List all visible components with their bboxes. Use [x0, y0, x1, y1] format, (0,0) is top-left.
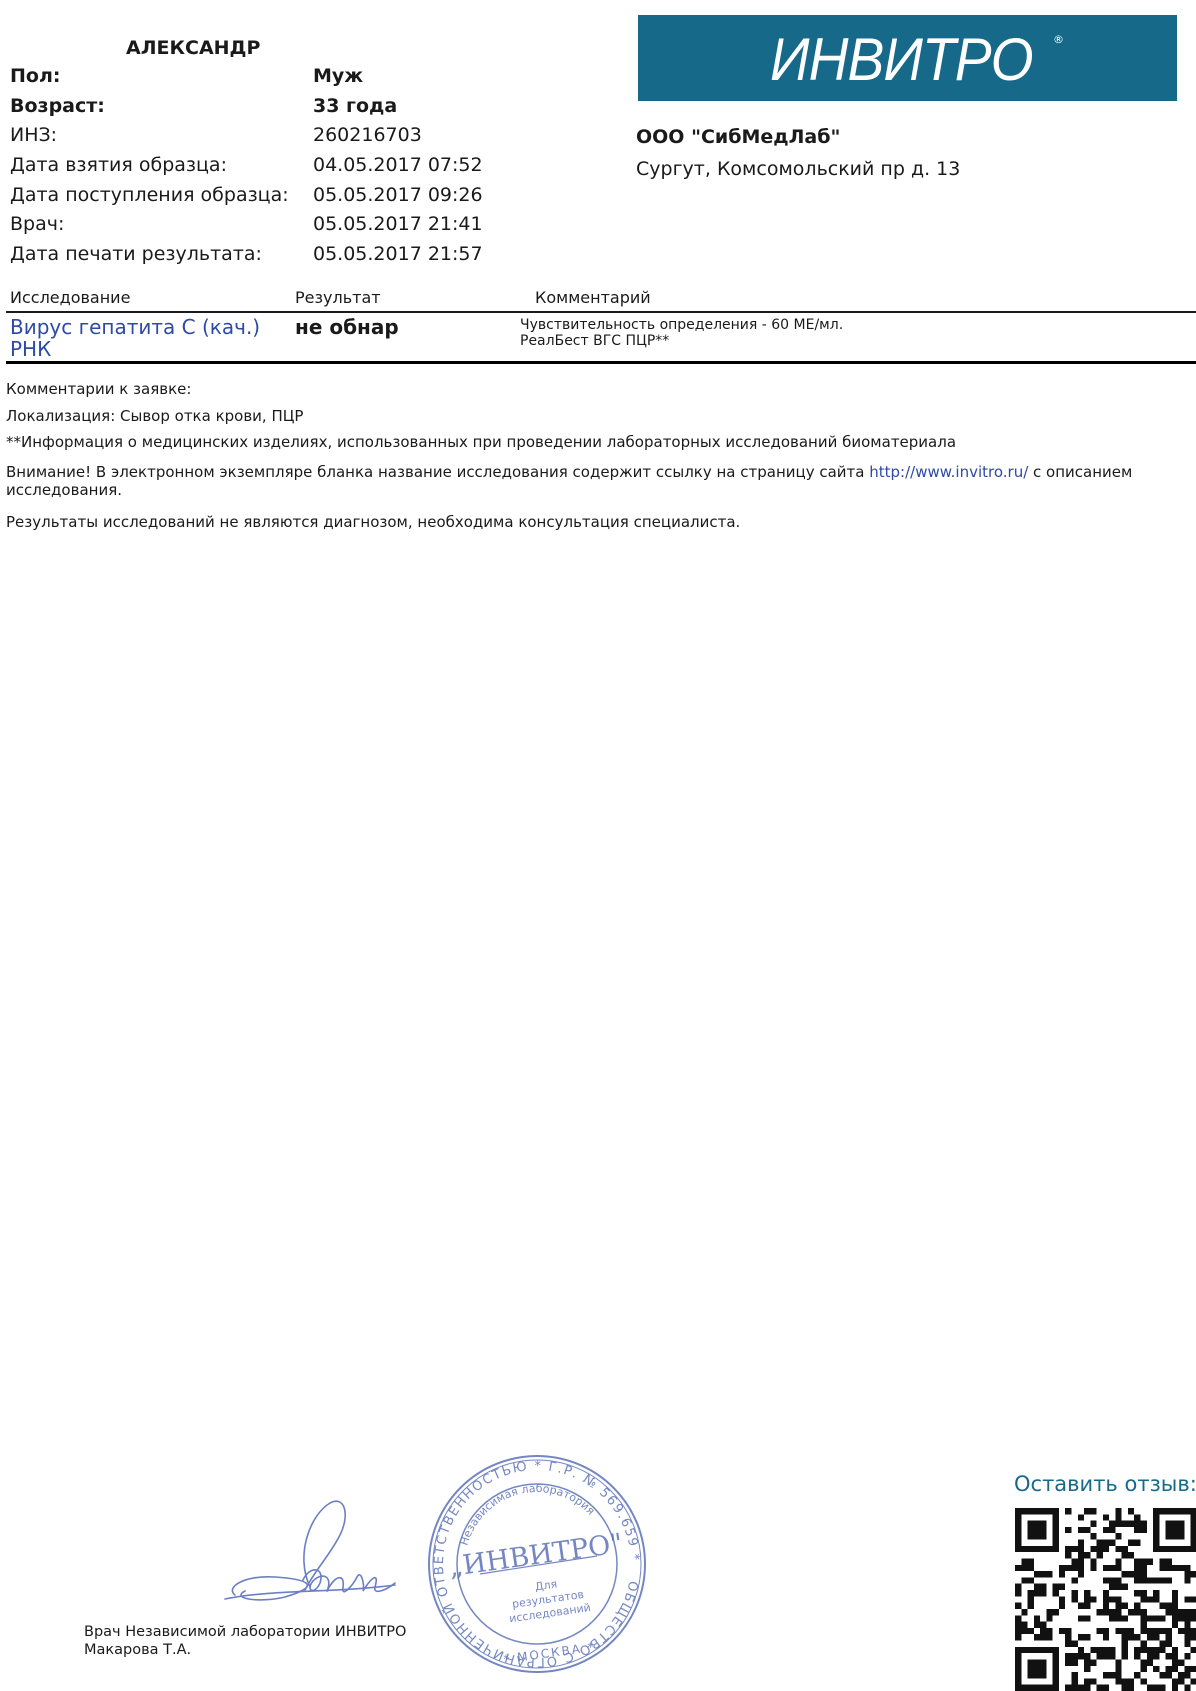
info-label: Дата печати результата:	[10, 243, 262, 265]
info-value: 05.05.2017 21:41	[313, 213, 483, 235]
test-result: не обнар	[295, 315, 399, 339]
header-result: Результат	[295, 288, 381, 307]
test-link[interactable]: Вирус гепатита С (кач.) РНК	[10, 316, 290, 360]
registered-mark-icon: ®	[1053, 33, 1064, 46]
disclaimer-note: Результаты исследований не являются диаг…	[6, 513, 1176, 531]
header-test: Исследование	[10, 288, 130, 307]
info-value: 260216703	[313, 124, 422, 146]
table-bottom-divider	[6, 361, 1196, 364]
patient-name: АЛЕКСАНДР	[126, 37, 260, 59]
attention-note: Внимание! В электронном экземпляре бланк…	[6, 463, 1176, 499]
localization-note: Локализация: Сывор отка крови, ПЦР	[6, 407, 1176, 425]
feedback-label: Оставить отзыв:	[1014, 1472, 1196, 1496]
doctor-name: Макарова Т.А.	[84, 1641, 406, 1659]
info-value: 04.05.2017 07:52	[313, 154, 483, 176]
info-label: Дата взятия образца:	[10, 154, 227, 176]
info-label: Возраст:	[10, 95, 105, 117]
order-comments: Комментарии к заявке:	[6, 380, 1176, 398]
info-label: Врач:	[10, 213, 64, 235]
comment-line: РеалБест ВГС ПЦР**	[520, 333, 1120, 349]
lab-stamp: ОБЩЕСТВО С ОГРАНИЧЕННОЙ ОТВЕТСТВЕННОСТЬЮ…	[425, 1452, 649, 1676]
attention-text: Внимание! В электронном экземпляре бланк…	[6, 463, 869, 481]
org-name: ООО "СибМедЛаб"	[636, 126, 840, 148]
feedback-qr-code-icon[interactable]	[1015, 1508, 1196, 1691]
info-value: Муж	[313, 65, 363, 87]
devices-info-note: **Информация о медицинских изделиях, исп…	[6, 433, 1176, 451]
header-comment: Комментарий	[535, 288, 651, 307]
logo-text: ИНВИТРО	[770, 25, 1033, 94]
doctor-signature	[215, 1495, 455, 1605]
doctor-signature-block: Врач Независимой лаборатории ИНВИТРО Мак…	[84, 1623, 406, 1659]
info-value: 33 года	[313, 95, 397, 117]
org-address: Сургут, Комсомольский пр д. 13	[636, 158, 960, 180]
invitro-logo: ИНВИТРО ®	[638, 15, 1177, 101]
info-value: 05.05.2017 21:57	[313, 243, 483, 265]
info-label: ИНЗ:	[10, 124, 57, 146]
invitro-site-link[interactable]: http://www.invitro.ru/	[869, 463, 1028, 481]
comment-line: Чувствительность определения - 60 МЕ/мл.	[520, 317, 1120, 333]
test-comment: Чувствительность определения - 60 МЕ/мл.…	[520, 317, 1120, 349]
table-header-divider	[6, 311, 1196, 313]
info-label: Пол:	[10, 65, 60, 87]
info-value: 05.05.2017 09:26	[313, 184, 483, 206]
doctor-title: Врач Независимой лаборатории ИНВИТРО	[84, 1623, 406, 1641]
info-label: Дата поступления образца:	[10, 184, 289, 206]
